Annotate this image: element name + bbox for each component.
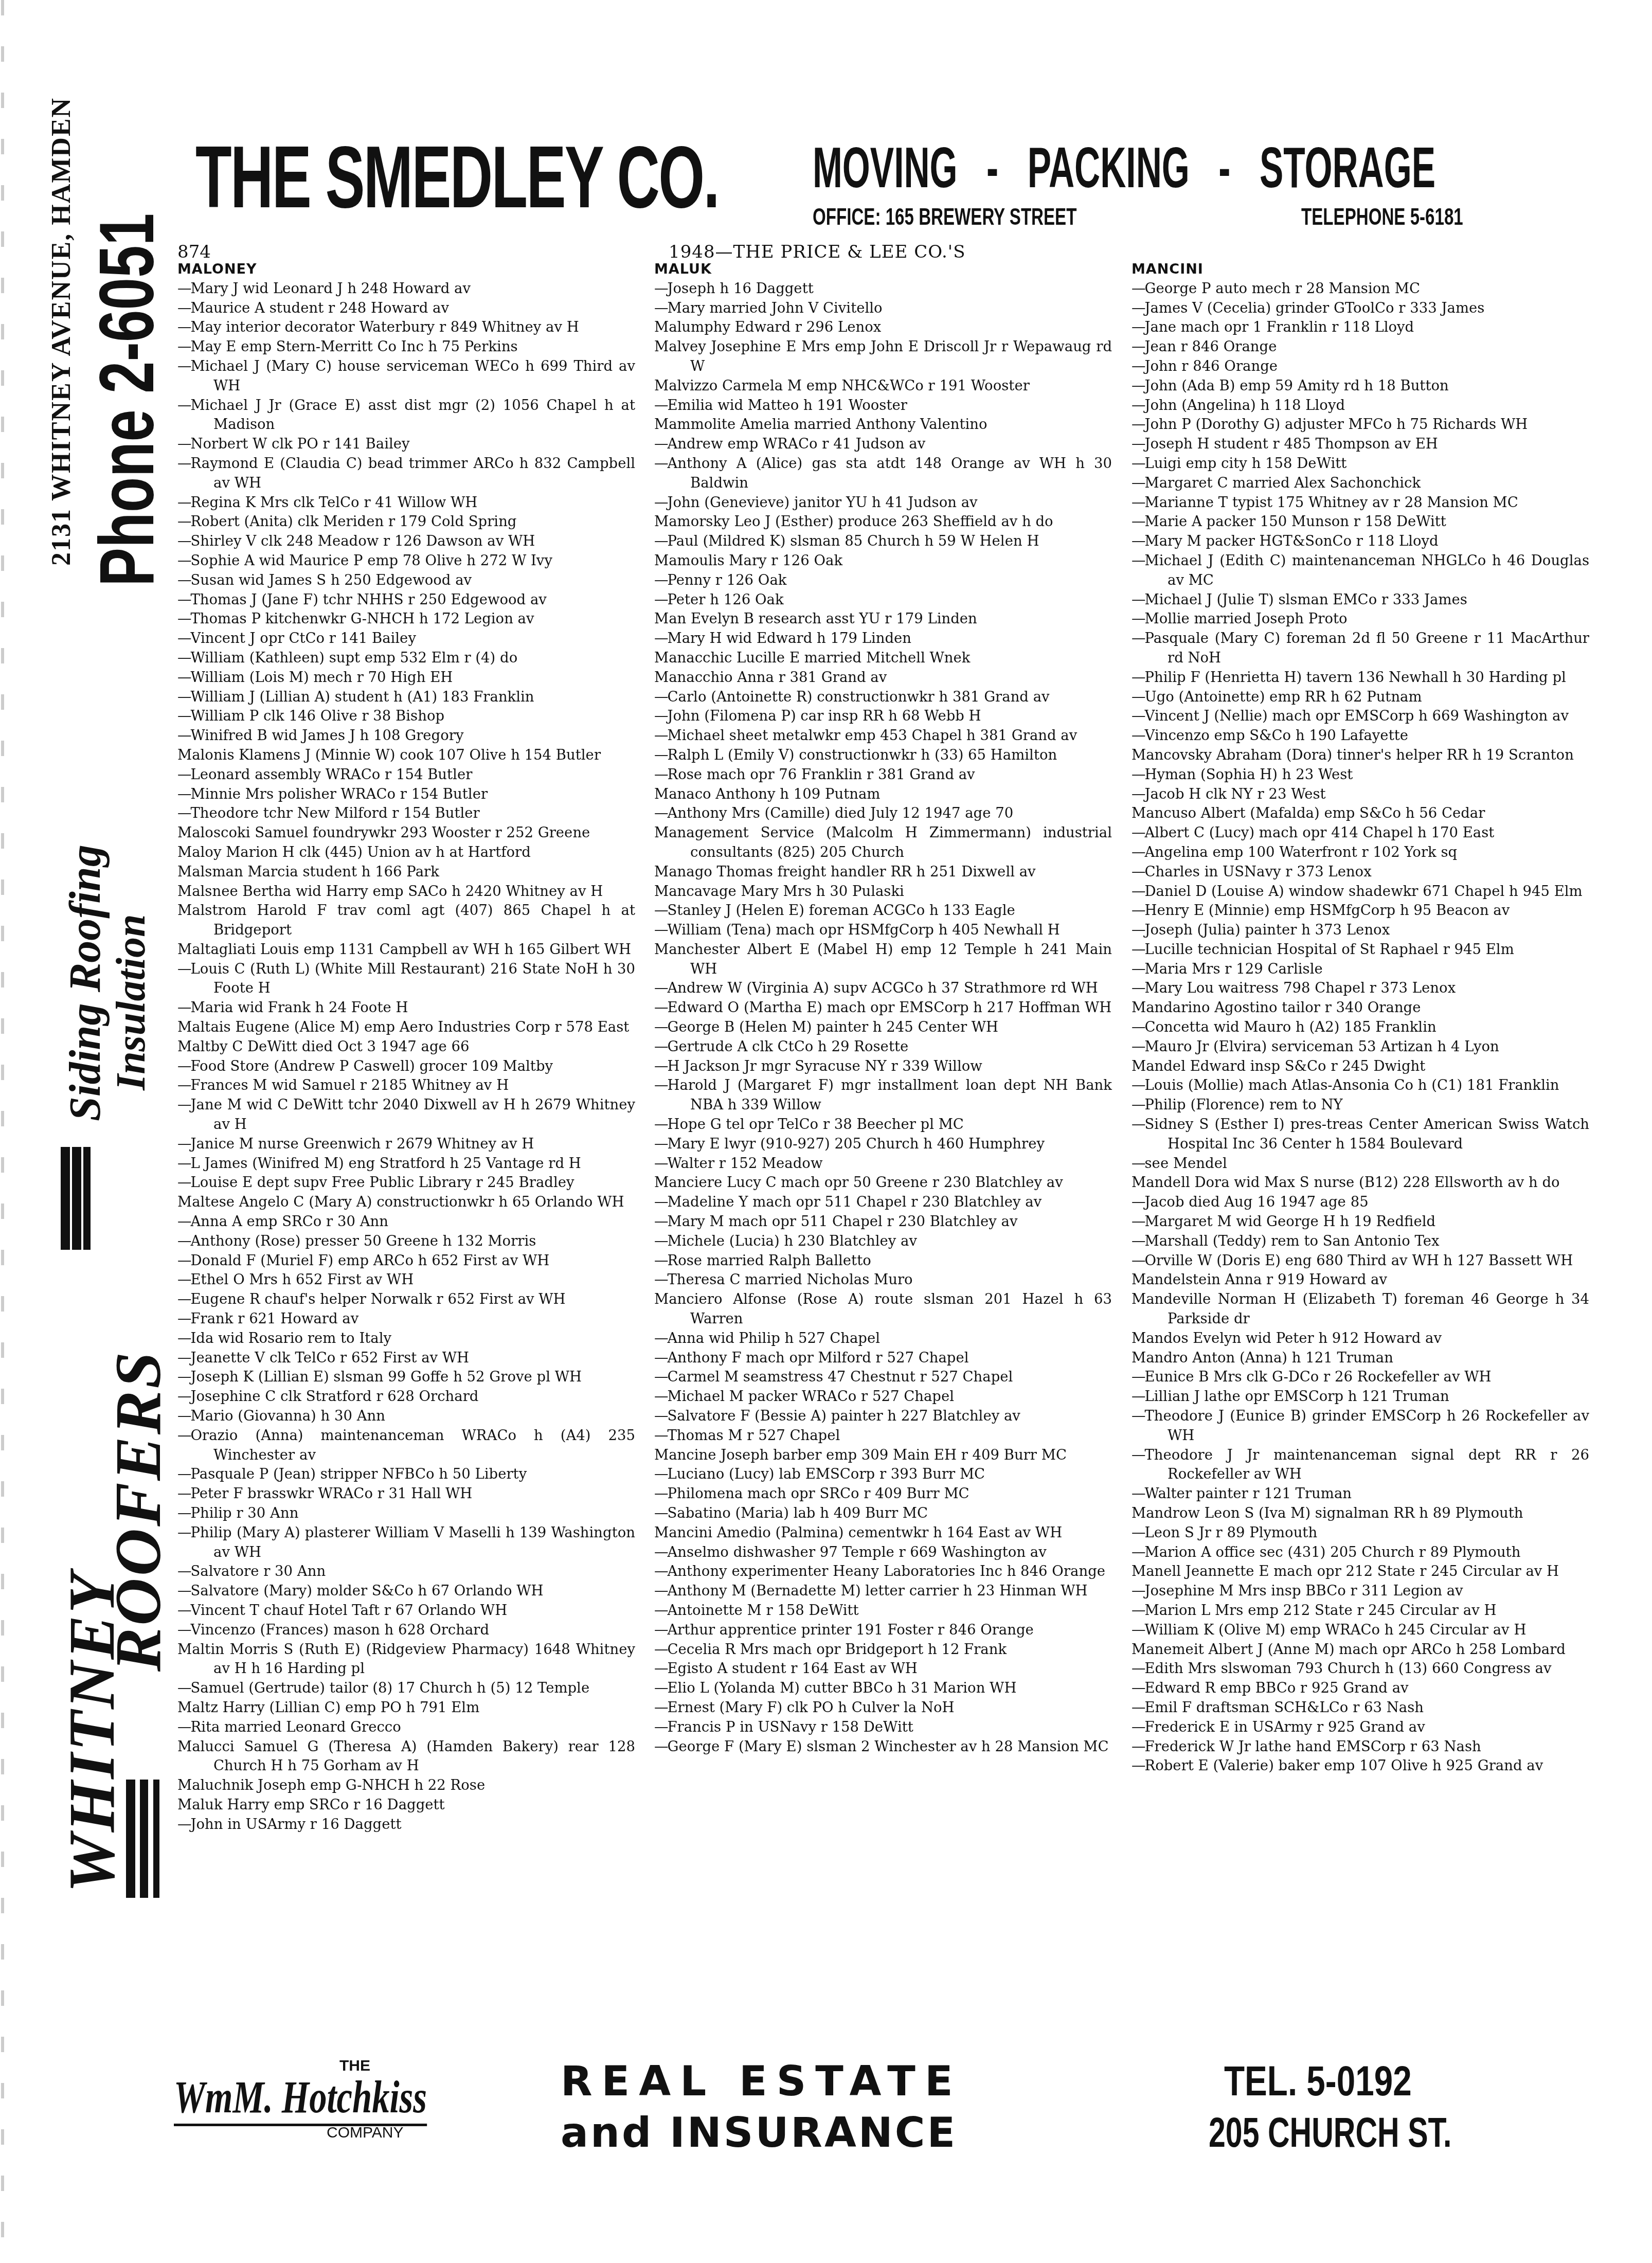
directory-entry: —Jeanette V clk TelCo r 652 First av WH xyxy=(177,1349,635,1368)
ditto-dash: — xyxy=(177,1485,191,1502)
ditto-dash: — xyxy=(1132,455,1145,472)
directory-entry: —Theodore tchr New Milford r 154 Butler xyxy=(177,804,635,823)
ditto-dash: — xyxy=(1132,1155,1145,1172)
directory-entry: —Josephine M Mrs insp BBCo r 311 Legion … xyxy=(1132,1582,1589,1601)
entry-text: Elio L (Yolanda M) cutter BBCo h 31 Mari… xyxy=(668,1680,1017,1696)
directory-entry: Maltby C DeWitt died Oct 3 1947 age 66 xyxy=(177,1037,635,1057)
entry-text: Sidney S (Esther I) pres-treas Center Am… xyxy=(1145,1116,1590,1152)
ditto-dash: — xyxy=(654,1408,668,1424)
ditto-dash: — xyxy=(654,280,668,297)
directory-entry: —Ralph L (Emily V) constructionwkr h (33… xyxy=(654,746,1112,765)
ditto-dash: — xyxy=(1132,902,1145,919)
directory-entry: —William (Kathleen) supt emp 532 Elm r (… xyxy=(177,649,635,668)
ditto-dash: — xyxy=(654,572,668,588)
directory-entry: —Salvatore F (Bessie A) painter h 227 Bl… xyxy=(654,1407,1112,1426)
entry-text: Anthony M (Bernadette M) letter carrier … xyxy=(668,1583,1088,1599)
entry-text: Mandeville Norman H (Elizabeth T) forema… xyxy=(1132,1291,1589,1327)
directory-entry: —Salvatore (Mary) molder S&Co h 67 Orlan… xyxy=(177,1582,635,1601)
entry-text: John r 846 Orange xyxy=(1145,358,1278,374)
entry-text: Mary M mach opr 511 Chapel r 230 Blatchl… xyxy=(668,1213,1018,1230)
directory-entry: —Orville W (Doris E) eng 680 Third av WH… xyxy=(1132,1251,1589,1271)
side-ad-address: 2131 WHITNEY AVENUE, HAMDEN xyxy=(46,97,77,566)
directory-entry: —William (Tena) mach opr HSMfgCorp h 405… xyxy=(654,921,1112,940)
entry-text: Frances M wid Samuel r 2185 Whitney av H xyxy=(191,1077,509,1093)
entry-text: Mollie married Joseph Proto xyxy=(1145,610,1348,627)
ditto-dash: — xyxy=(1132,319,1145,335)
directory-entry: Manciero Alfonse (Rose A) route slsman 2… xyxy=(654,1290,1112,1329)
directory-entry: —Pasquale P (Jean) stripper NFBCo h 50 L… xyxy=(177,1465,635,1484)
directory-entry: Manacchic Lucille E married Mitchell Wne… xyxy=(654,649,1112,668)
directory-entry: Maltz Harry (Lillian C) emp PO h 791 Elm xyxy=(177,1698,635,1718)
directory-entry: —Michael J (Mary C) house serviceman WEC… xyxy=(177,357,635,396)
side-ad-services: Siding Roofing xyxy=(59,845,111,1121)
directory-entry: —Daniel D (Louise A) window shadewkr 671… xyxy=(1132,882,1589,902)
ditto-dash: — xyxy=(1132,1233,1145,1249)
ditto-dash: — xyxy=(177,1563,191,1579)
directory-entry: —Maria wid Frank h 24 Foote H xyxy=(177,998,635,1018)
directory-entry: —Jacob died Aug 16 1947 age 85 xyxy=(1132,1193,1589,1212)
entry-text: Marianne T typist 175 Whitney av r 28 Ma… xyxy=(1145,494,1518,511)
directory-entry: —Robert (Anita) clk Meriden r 179 Cold S… xyxy=(177,512,635,532)
directory-entry: —Joseph h 16 Daggett xyxy=(654,279,1112,299)
directory-entry: Manchester Albert E (Mabel H) emp 12 Tem… xyxy=(654,940,1112,979)
ditto-dash: — xyxy=(177,1505,191,1521)
entry-text: Maloy Marion H clk (445) Union av h at H… xyxy=(177,844,531,860)
entry-text: Michael J Jr (Grace E) asst dist mgr (2)… xyxy=(191,397,636,433)
ditto-dash: — xyxy=(177,300,191,316)
ditto-dash: — xyxy=(654,1116,668,1133)
entry-text: Anna wid Philip h 527 Chapel xyxy=(668,1330,881,1346)
decorative-bar xyxy=(140,1780,148,1898)
entry-text: Mandro Anton (Anna) h 121 Truman xyxy=(1132,1350,1393,1366)
ditto-dash: — xyxy=(654,689,668,705)
directory-entry: Mancuso Albert (Mafalda) emp S&Co h 56 C… xyxy=(1132,804,1589,823)
directory-entry: —Luigi emp city h 158 DeWitt xyxy=(1132,454,1589,474)
directory-entry: Malvizzo Carmela M emp NHC&WCo r 191 Woo… xyxy=(654,376,1112,396)
ditto-dash: — xyxy=(1132,922,1145,938)
entry-text: Walter painter r 121 Truman xyxy=(1145,1485,1352,1502)
directory-entry: —Winifred B wid James J h 108 Gregory xyxy=(177,726,635,746)
directory-entry: —Edward O (Martha E) mach opr EMSCorp h … xyxy=(654,998,1112,1018)
directory-entry: —Ernest (Mary F) clk PO h Culver la NoH xyxy=(654,1698,1112,1718)
directory-entry: —Anthony A (Alice) gas sta atdt 148 Oran… xyxy=(654,454,1112,493)
entry-text: Theodore J (Eunice B) grinder EMSCorp h … xyxy=(1145,1408,1590,1444)
entry-text: Mandelstein Anna r 919 Howard av xyxy=(1132,1271,1387,1288)
ditto-dash: — xyxy=(1132,727,1145,744)
directory-entry: —Theresa C married Nicholas Muro xyxy=(654,1270,1112,1290)
entry-text: Philip F (Henrietta H) tavern 136 Newhal… xyxy=(1145,669,1566,686)
directory-entry: —Vincenzo (Frances) mason h 628 Orchard xyxy=(177,1621,635,1640)
entry-text: Peter F brasswkr WRACo r 31 Hall WH xyxy=(191,1485,473,1502)
directory-entry: —Paul (Mildred K) slsman 85 Church h 59 … xyxy=(654,532,1112,551)
entry-text: Eugene R chauf's helper Norwalk r 652 Fi… xyxy=(191,1291,566,1307)
entry-text: Salvatore F (Bessie A) painter h 227 Bla… xyxy=(668,1408,1020,1424)
ditto-dash: — xyxy=(1132,1369,1145,1385)
ditto-dash: — xyxy=(1132,475,1145,491)
entry-text: Mandrow Leon S (Iva M) signalman RR h 89… xyxy=(1132,1505,1523,1521)
entry-text: Mandos Evelyn wid Peter h 912 Howard av xyxy=(1132,1330,1442,1346)
entry-text: Maltais Eugene (Alice M) emp Aero Indust… xyxy=(177,1019,629,1035)
ditto-dash: — xyxy=(654,1719,668,1735)
directory-entry: —Albert C (Lucy) mach opr 414 Chapel h 1… xyxy=(1132,823,1589,843)
directory-entry: —H Jackson Jr mgr Syracuse NY r 339 Will… xyxy=(654,1057,1112,1076)
directory-entry: —Anselmo dishwasher 97 Temple r 669 Wash… xyxy=(654,1543,1112,1562)
entry-text: John (Filomena P) car insp RR h 68 Webb … xyxy=(668,708,981,724)
entry-text: Joseph H student r 485 Thompson av EH xyxy=(1145,436,1438,452)
entry-text: Rose mach opr 76 Franklin r 381 Grand av xyxy=(668,766,975,783)
ditto-dash: — xyxy=(654,1330,668,1346)
ditto-dash: — xyxy=(177,494,191,511)
directory-entry: —Orazio (Anna) maintenanceman WRACo h (A… xyxy=(177,1426,635,1465)
ditto-dash: — xyxy=(1132,1019,1145,1035)
entry-text: Donald F (Muriel F) emp ARCo h 652 First… xyxy=(191,1252,550,1269)
directory-entry: —Ugo (Antoinette) emp RR h 62 Putnam xyxy=(1132,688,1589,707)
directory-entry: —Anthony (Rose) presser 50 Greene h 132 … xyxy=(177,1232,635,1251)
entry-text: Leon S Jr r 89 Plymouth xyxy=(1145,1524,1318,1541)
directory-entry: —Marion A office sec (431) 205 Church r … xyxy=(1132,1543,1589,1562)
ditto-dash: — xyxy=(654,1660,668,1677)
entry-text: Andrew W (Virginia A) supv ACGCo h 37 St… xyxy=(668,980,1098,996)
entry-text: Food Store (Andrew P Caswell) grocer 109… xyxy=(191,1058,553,1074)
directory-entry: —Angelina emp 100 Waterfront r 102 York … xyxy=(1132,843,1589,863)
entry-text: Vincent J (Nellie) mach opr EMSCorp h 66… xyxy=(1145,708,1569,724)
entry-text: Henry E (Minnie) emp HSMfgCorp h 95 Beac… xyxy=(1145,902,1510,919)
ditto-dash: — xyxy=(177,1174,191,1191)
entry-text: Vincenzo emp S&Co h 190 Lafayette xyxy=(1145,727,1409,744)
directory-entry: Mancini Amedio (Palmina) cementwkr h 164… xyxy=(654,1523,1112,1543)
directory-entry: —Salvatore r 30 Ann xyxy=(177,1562,635,1582)
ditto-dash: — xyxy=(654,533,668,549)
directory-entry: —Food Store (Andrew P Caswell) grocer 10… xyxy=(177,1057,635,1076)
directory-entry: —Frances M wid Samuel r 2185 Whitney av … xyxy=(177,1076,635,1095)
entry-text: Anthony A (Alice) gas sta atdt 148 Orang… xyxy=(668,455,1112,491)
entry-text: Rita married Leonard Grecco xyxy=(191,1719,401,1735)
directory-entry: —Walter r 152 Meadow xyxy=(654,1154,1112,1174)
directory-entry: —Egisto A student r 164 East av WH xyxy=(654,1659,1112,1679)
ditto-dash: — xyxy=(177,650,191,666)
directory-entry: —Philip r 30 Ann xyxy=(177,1504,635,1523)
directory-entry: —Leon S Jr r 89 Plymouth xyxy=(1132,1523,1589,1543)
ditto-dash: — xyxy=(177,397,191,414)
directory-column-3: MANCINI —George P auto mech r 28 Mansion… xyxy=(1132,260,1589,1776)
directory-entry: —Peter h 126 Oak xyxy=(654,590,1112,610)
entry-text: Maria Mrs r 129 Carlisle xyxy=(1145,961,1323,977)
entry-text: Theresa C married Nicholas Muro xyxy=(668,1271,913,1288)
ad-insurance: and INSURANCE xyxy=(561,2109,957,2157)
entry-text: Carmel M seamstress 47 Chestnut r 527 Ch… xyxy=(668,1369,1013,1385)
entry-text: Louise E dept supv Free Public Library r… xyxy=(191,1174,574,1191)
entry-text: Jane mach opr 1 Franklin r 118 Lloyd xyxy=(1145,319,1414,335)
directory-entry: —William P clk 146 Olive r 38 Bishop xyxy=(177,707,635,726)
ditto-dash: — xyxy=(1132,669,1145,686)
entry-text: Jacob died Aug 16 1947 age 85 xyxy=(1145,1194,1369,1210)
entry-text: Malvizzo Carmela M emp NHC&WCo r 191 Woo… xyxy=(654,378,1030,394)
entry-text: Maltese Angelo C (Mary A) constructionwk… xyxy=(177,1194,624,1210)
entry-text: Theodore tchr New Milford r 154 Butler xyxy=(191,805,480,821)
entry-text: Malsman Marcia student h 166 Park xyxy=(177,864,439,880)
ditto-dash: — xyxy=(654,708,668,724)
entry-text: Mancovsky Abraham (Dora) tinner's helper… xyxy=(1132,747,1574,763)
directory-entry: Mancovsky Abraham (Dora) tinner's helper… xyxy=(1132,746,1589,765)
ditto-dash: — xyxy=(1132,552,1145,569)
directory-entry: —Mary M mach opr 511 Chapel r 230 Blatch… xyxy=(654,1212,1112,1232)
entry-text: Malonis Klamens J (Minnie W) cook 107 Ol… xyxy=(177,747,601,763)
directory-entry: —Anna wid Philip h 527 Chapel xyxy=(654,1329,1112,1349)
directory-entry: Mammolite Amelia married Anthony Valenti… xyxy=(654,415,1112,435)
ditto-dash: — xyxy=(1132,494,1145,511)
directory-entry: —Louis (Mollie) mach Atlas-Ansonia Co h … xyxy=(1132,1076,1589,1095)
ditto-dash: — xyxy=(654,1213,668,1230)
entry-text: Sabatino (Maria) lab h 409 Burr MC xyxy=(668,1505,928,1521)
ditto-dash: — xyxy=(177,1583,191,1599)
ditto-dash: — xyxy=(1132,280,1145,297)
directory-entry: —Maurice A student r 248 Howard av xyxy=(177,299,635,318)
ad-telephone: TELEPHONE 5-6181 xyxy=(1301,205,1463,228)
directory-entry: —Concetta wid Mauro h (A2) 185 Franklin xyxy=(1132,1018,1589,1037)
entry-text: Shirley V clk 248 Meadow r 126 Dawson av… xyxy=(191,533,535,549)
entry-text: Michael J (Julie T) slsman EMCo r 333 Ja… xyxy=(1145,591,1467,608)
ditto-dash: — xyxy=(1132,338,1145,355)
ditto-dash: — xyxy=(654,436,668,452)
entry-text: May E emp Stern-Merritt Co Inc h 75 Perk… xyxy=(191,338,518,355)
ditto-dash: — xyxy=(654,1680,668,1696)
directory-entry: —Thomas J (Jane F) tchr NHHS r 250 Edgew… xyxy=(177,590,635,610)
entry-text: Margaret M wid George H h 19 Redfield xyxy=(1145,1213,1436,1230)
directory-entry: —Andrew W (Virginia A) supv ACGCo h 37 S… xyxy=(654,979,1112,998)
entry-text: Mauro Jr (Elvira) serviceman 53 Artizan … xyxy=(1145,1038,1499,1055)
directory-entry: —Frank r 621 Howard av xyxy=(177,1309,635,1329)
directory-entry: —Michael J (Edith C) maintenanceman NHGL… xyxy=(1132,551,1589,590)
entry-text: Malucci Samuel G (Theresa A) (Hamden Bak… xyxy=(177,1738,635,1774)
directory-entry: —Edith Mrs slswoman 793 Church h (13) 66… xyxy=(1132,1659,1589,1679)
directory-entry: Malstrom Harold F trav coml agt (407) 86… xyxy=(177,901,635,940)
directory-entry: —Josephine C clk Stratford r 628 Orchard xyxy=(177,1387,635,1407)
directory-entry: —Stanley J (Helen E) foreman ACGCo h 133… xyxy=(654,901,1112,921)
entry-text: Manciero Alfonse (Rose A) route slsman 2… xyxy=(654,1291,1112,1327)
ditto-dash: — xyxy=(177,513,191,530)
directory-entry: —George P auto mech r 28 Mansion MC xyxy=(1132,279,1589,299)
directory-entry: —Ida wid Rosario rem to Italy xyxy=(177,1329,635,1349)
entry-text: Manciere Lucy C mach opr 50 Greene r 230… xyxy=(654,1174,1063,1191)
decorative-bar xyxy=(61,1147,70,1250)
directory-entry: —Arthur apprentice printer 191 Foster r … xyxy=(654,1621,1112,1640)
directory-entry: —see Mendel xyxy=(1132,1154,1589,1174)
ditto-dash: — xyxy=(177,727,191,744)
ditto-dash: — xyxy=(1132,1116,1145,1133)
directory-entry: —Jean r 846 Orange xyxy=(1132,337,1589,357)
running-head: 1948—THE PRICE & LEE CO.'S xyxy=(669,242,965,262)
directory-entry: —Margaret M wid George H h 19 Redfield xyxy=(1132,1212,1589,1232)
entry-text: Penny r 126 Oak xyxy=(668,572,787,588)
ditto-dash: — xyxy=(177,533,191,549)
directory-entry: Mandrow Leon S (Iva M) signalman RR h 89… xyxy=(1132,1504,1589,1523)
entry-text: Rose married Ralph Balletto xyxy=(668,1252,871,1269)
decorative-bar xyxy=(72,1147,81,1250)
ditto-dash: — xyxy=(1132,358,1145,374)
directory-entry: —Hyman (Sophia H) h 23 West xyxy=(1132,765,1589,785)
directory-entry: Manacchio Anna r 381 Grand av xyxy=(654,668,1112,688)
entry-text: Salvatore (Mary) molder S&Co h 67 Orland… xyxy=(191,1583,544,1599)
directory-entry: —Emilia wid Matteo h 191 Wooster xyxy=(654,396,1112,416)
ditto-dash: — xyxy=(1132,1544,1145,1560)
entry-text: Anthony F mach opr Milford r 527 Chapel xyxy=(668,1350,969,1366)
directory-entry: —Michele (Lucia) h 230 Blatchley av xyxy=(654,1232,1112,1251)
directory-entry: —Theodore J Jr maintenanceman signal dep… xyxy=(1132,1446,1589,1485)
directory-entry: —Cecelia R Mrs mach opr Bridgeport h 12 … xyxy=(654,1640,1112,1660)
entry-text: Arthur apprentice printer 191 Foster r 8… xyxy=(668,1622,1034,1638)
directory-entry: —Lucille technician Hospital of St Rapha… xyxy=(1132,940,1589,960)
entry-text: Jacob H clk NY r 23 West xyxy=(1145,786,1326,802)
directory-entry: —Rose mach opr 76 Franklin r 381 Grand a… xyxy=(654,765,1112,785)
entry-text: Marshall (Teddy) rem to San Antonio Tex xyxy=(1145,1233,1440,1249)
entry-text: Minnie Mrs polisher WRACo r 154 Butler xyxy=(191,786,488,802)
entry-text: Joseph (Julia) painter h 373 Lenox xyxy=(1145,922,1390,938)
ditto-dash: — xyxy=(177,630,191,646)
decorative-bar xyxy=(126,1780,135,1898)
ditto-dash: — xyxy=(654,494,668,511)
directory-entry: —William J (Lillian A) student h (A1) 18… xyxy=(177,688,635,707)
binding-edge xyxy=(1,0,4,2263)
entry-text: John (Angelina) h 118 Lloyd xyxy=(1145,397,1345,414)
ditto-dash: — xyxy=(1132,397,1145,414)
entry-text: Concetta wid Mauro h (A2) 185 Franklin xyxy=(1145,1019,1436,1035)
entry-text: Walter r 152 Meadow xyxy=(668,1155,823,1172)
entry-text: Regina K Mrs clk TelCo r 41 Willow WH xyxy=(191,494,478,511)
entry-text: Orazio (Anna) maintenanceman WRACo h (A4… xyxy=(191,1427,636,1463)
side-advertisement: 2131 WHITNEY AVENUE, HAMDEN Phone 2-6051… xyxy=(0,0,170,2263)
entry-text: Mary H wid Edward h 179 Linden xyxy=(668,630,912,646)
ditto-dash: — xyxy=(654,1038,668,1055)
ditto-dash: — xyxy=(1132,689,1145,705)
directory-entry: —Lillian J lathe opr EMSCorp h 121 Truma… xyxy=(1132,1387,1589,1407)
ditto-dash: — xyxy=(654,902,668,919)
ditto-dash: — xyxy=(177,455,191,472)
ditto-dash: — xyxy=(1132,980,1145,996)
ditto-dash: — xyxy=(177,1310,191,1327)
directory-entry: —Pasquale (Mary C) foreman 2d fl 50 Gree… xyxy=(1132,629,1589,668)
directory-entry: —Susan wid James S h 250 Edgewood av xyxy=(177,571,635,590)
ditto-dash: — xyxy=(177,961,191,977)
directory-entry: —Maria Mrs r 129 Carlisle xyxy=(1132,960,1589,979)
directory-entry: —Carmel M seamstress 47 Chestnut r 527 C… xyxy=(654,1368,1112,1387)
entry-text: Marie A packer 150 Munson r 158 DeWitt xyxy=(1145,513,1446,530)
directory-entry: —Rita married Leonard Grecco xyxy=(177,1718,635,1737)
ditto-dash: — xyxy=(1132,1524,1145,1541)
directory-entry: —Norbert W clk PO r 141 Bailey xyxy=(177,435,635,454)
ditto-dash: — xyxy=(1132,1485,1145,1502)
ditto-dash: — xyxy=(1132,1252,1145,1269)
directory-entry: —Gertrude A clk CtCo h 29 Rosette xyxy=(654,1037,1112,1057)
directory-entry: Mamorsky Leo J (Esther) produce 263 Shef… xyxy=(654,512,1112,532)
entry-text: see Mendel xyxy=(1145,1155,1227,1172)
directory-entry: —Vincent J (Nellie) mach opr EMSCorp h 6… xyxy=(1132,707,1589,726)
ditto-dash: — xyxy=(654,1466,668,1482)
entry-text: Peter h 126 Oak xyxy=(668,591,784,608)
ditto-dash: — xyxy=(177,1369,191,1385)
directory-entry: Mancine Joseph barber emp 309 Main EH r … xyxy=(654,1446,1112,1465)
directory-entry: —John (Angelina) h 118 Lloyd xyxy=(1132,396,1589,416)
entry-text: Mario (Giovanna) h 30 Ann xyxy=(191,1408,386,1424)
entry-text: Manacchic Lucille E married Mitchell Wne… xyxy=(654,650,971,666)
ditto-dash: — xyxy=(654,300,668,316)
ditto-dash: — xyxy=(654,1136,668,1152)
top-advertisement: THE SMEDLEY CO. MOVING - PACKING - STORA… xyxy=(195,123,1574,237)
entry-text: Anna A emp SRCo r 30 Ann xyxy=(191,1213,389,1230)
directory-entry: —Louise E dept supv Free Public Library … xyxy=(177,1173,635,1193)
ditto-dash: — xyxy=(1132,1738,1145,1755)
entry-text: William J (Lillian A) student h (A1) 183… xyxy=(191,689,534,705)
ditto-dash: — xyxy=(1132,864,1145,880)
directory-entry: —Joseph K (Lillian E) slsman 99 Goffe h … xyxy=(177,1368,635,1387)
side-ad-phone: Phone 2-6051 xyxy=(82,213,171,586)
directory-entry: —Louis C (Ruth L) (White Mill Restaurant… xyxy=(177,960,635,999)
ditto-dash: — xyxy=(177,280,191,297)
ditto-dash: — xyxy=(177,1524,191,1541)
directory-entry: —Carlo (Antoinette R) constructionwkr h … xyxy=(654,688,1112,707)
directory-entry: Malvey Josephine E Mrs emp John E Drisco… xyxy=(654,337,1112,376)
directory-entry: —Marianne T typist 175 Whitney av r 28 M… xyxy=(1132,493,1589,513)
entry-text: Luigi emp city h 158 DeWitt xyxy=(1145,455,1347,472)
ditto-dash: — xyxy=(654,1641,668,1658)
ditto-dash: — xyxy=(1132,533,1145,549)
ditto-dash: — xyxy=(177,591,191,608)
entry-text: Andrew emp WRACo r 41 Judson av xyxy=(668,436,926,452)
directory-entry: —Joseph H student r 485 Thompson av EH xyxy=(1132,435,1589,454)
ditto-dash: — xyxy=(654,1350,668,1366)
entry-text: Lillian J lathe opr EMSCorp h 121 Truman xyxy=(1145,1388,1449,1405)
decorative-bar xyxy=(83,1147,91,1250)
entry-text: Mamorsky Leo J (Esther) produce 263 Shef… xyxy=(654,513,1053,530)
entry-text: Anselmo dishwasher 97 Temple r 669 Washi… xyxy=(668,1544,1047,1560)
directory-entry: —Anthony F mach opr Milford r 527 Chapel xyxy=(654,1349,1112,1368)
entry-text: Mammolite Amelia married Anthony Valenti… xyxy=(654,416,987,433)
entry-text: Paul (Mildred K) slsman 85 Church h 59 W… xyxy=(668,533,1039,549)
ditto-dash: — xyxy=(177,766,191,783)
directory-entry: —Thomas P kitchenwkr G-NHCH h 172 Legion… xyxy=(177,609,635,629)
ditto-dash: — xyxy=(1132,416,1145,433)
directory-entry: —Ethel O Mrs h 652 First av WH xyxy=(177,1270,635,1290)
directory-entry: —Mary J wid Leonard J h 248 Howard av xyxy=(177,279,635,299)
directory-entry: —Mario (Giovanna) h 30 Ann xyxy=(177,1407,635,1426)
directory-entry: Mandell Dora wid Max S nurse (B12) 228 E… xyxy=(1132,1173,1589,1193)
directory-entry: —Elio L (Yolanda M) cutter BBCo h 31 Mar… xyxy=(654,1679,1112,1698)
directory-entry: —Rose married Ralph Balletto xyxy=(654,1251,1112,1271)
directory-entry: —Marie A packer 150 Munson r 158 DeWitt xyxy=(1132,512,1589,532)
directory-entry: —Theodore J (Eunice B) grinder EMSCorp h… xyxy=(1132,1407,1589,1446)
entry-text: Albert C (Lucy) mach opr 414 Chapel h 17… xyxy=(1145,824,1495,841)
directory-column-2: MALUK —Joseph h 16 Daggett—Mary married … xyxy=(654,260,1112,1756)
ditto-dash: — xyxy=(654,1583,668,1599)
directory-entry: —Luciano (Lucy) lab EMSCorp r 393 Burr M… xyxy=(654,1465,1112,1484)
directory-entry: —Philip (Mary A) plasterer William V Mas… xyxy=(177,1523,635,1562)
entry-text: Anthony (Rose) presser 50 Greene h 132 M… xyxy=(191,1233,536,1249)
directory-entry: —Eugene R chauf's helper Norwalk r 652 F… xyxy=(177,1290,635,1309)
ditto-dash: — xyxy=(654,1194,668,1210)
entry-text: Edward O (Martha E) mach opr EMSCorp h 2… xyxy=(668,999,1112,1016)
directory-entry: —Leonard assembly WRACo r 154 Butler xyxy=(177,765,635,785)
entry-text: Philip (Mary A) plasterer William V Mase… xyxy=(191,1524,636,1560)
ditto-dash: — xyxy=(654,1738,668,1755)
ditto-dash: — xyxy=(654,1544,668,1560)
directory-entry: Maloy Marion H clk (445) Union av h at H… xyxy=(177,843,635,863)
directory-entry: —Michael sheet metalwkr emp 453 Chapel h… xyxy=(654,726,1112,746)
side-ad-name-roofers: ROOFERS xyxy=(100,1350,176,1672)
ditto-dash: — xyxy=(177,1330,191,1346)
ditto-dash: — xyxy=(177,669,191,686)
ditto-dash: — xyxy=(654,455,668,472)
ditto-dash: — xyxy=(1132,1719,1145,1735)
ditto-dash: — xyxy=(1132,766,1145,783)
